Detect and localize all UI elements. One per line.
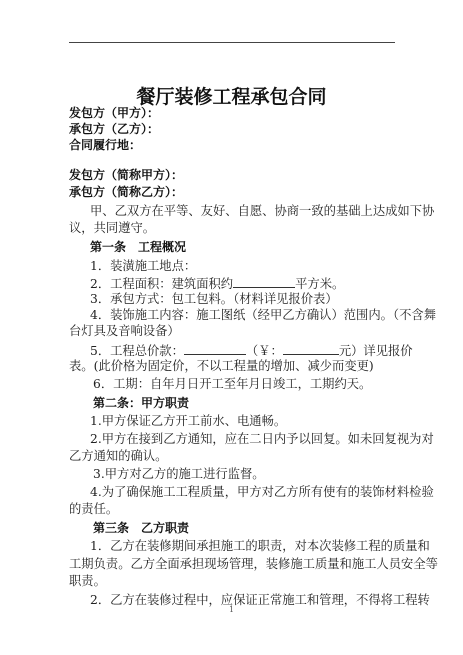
item-text: 2．工程面积：建筑面积约: [90, 277, 233, 291]
article1-item: 台灯具及音响设备）: [69, 323, 395, 339]
field-contractor-short: 承包方（简称乙方）：: [69, 184, 395, 200]
blank-area: [233, 275, 295, 288]
preamble-line: 议，共同遵守。: [69, 220, 395, 236]
article3-item: 职责。: [69, 573, 395, 589]
article1-item: 6．工期：自年月日开工至年月日竣工，工期约天。: [93, 376, 419, 392]
article1-item: 4．装饰施工内容：施工图纸（经甲乙方确认）范围内。（不含舞: [90, 307, 416, 323]
field-contractor: 承包方（乙方）：: [69, 121, 395, 137]
article2-item: 1.甲方保证乙方开工前水、电通畅。: [90, 413, 416, 429]
header-rule: [69, 42, 395, 43]
field-place: 合同履行地：: [69, 137, 395, 153]
article1-item: 5．工程总价款：（￥：元）详见报价: [90, 342, 416, 359]
article1-item: 表。(此价格为固定价，不以工程量的增加、减少而变更): [69, 358, 395, 374]
item-text: 5．工程总价款：: [90, 344, 184, 358]
article2-item: 的责任。: [69, 501, 395, 517]
item-text: 元）详见报价: [339, 344, 413, 358]
field-client: 发包方（甲方）：: [69, 105, 395, 121]
article2-item: 3.甲方对乙方的施工进行监督。: [93, 466, 419, 482]
article3-item: 1．乙方在装修期间承担施工的职责，对本次装修工程的质量和: [90, 538, 416, 554]
article2-heading: 第二条：甲方职责: [93, 395, 419, 411]
article1-item: 3．承包方式：包工包料。（材料详见报价表）: [90, 291, 416, 307]
article2-item: 乙方通知的确认。: [69, 448, 395, 464]
article2-item: 4.为了确保施工工程质量，甲方对乙方所有使有的装饰材料检验: [90, 484, 416, 500]
article3-heading: 第三条 乙方职责: [93, 520, 419, 536]
blank-price: [184, 342, 246, 355]
article1-item: 2．工程面积：建筑面积约平方米。: [90, 275, 416, 292]
article3-item: 工期负责。乙方全面承担现场管理，装修施工质量和施工人员安全等: [69, 556, 395, 572]
preamble-line: 甲、乙双方在平等、友好、自愿、协商一致的基础上达成如下协: [90, 203, 416, 219]
item-text: （￥：: [246, 344, 283, 358]
article1-heading: 第一条 工程概况: [90, 239, 416, 255]
item-text: 平方米。: [295, 277, 344, 291]
page-number: 1: [0, 605, 463, 614]
article1-item: 1．装潢施工地点：: [90, 258, 416, 274]
field-client-short: 发包方（简称甲方）：: [69, 167, 395, 183]
article2-item: 2.甲方在接到乙方通知，应在二日内予以回复。如未回复视为对: [90, 431, 416, 447]
blank-price-rmb: [283, 342, 339, 355]
